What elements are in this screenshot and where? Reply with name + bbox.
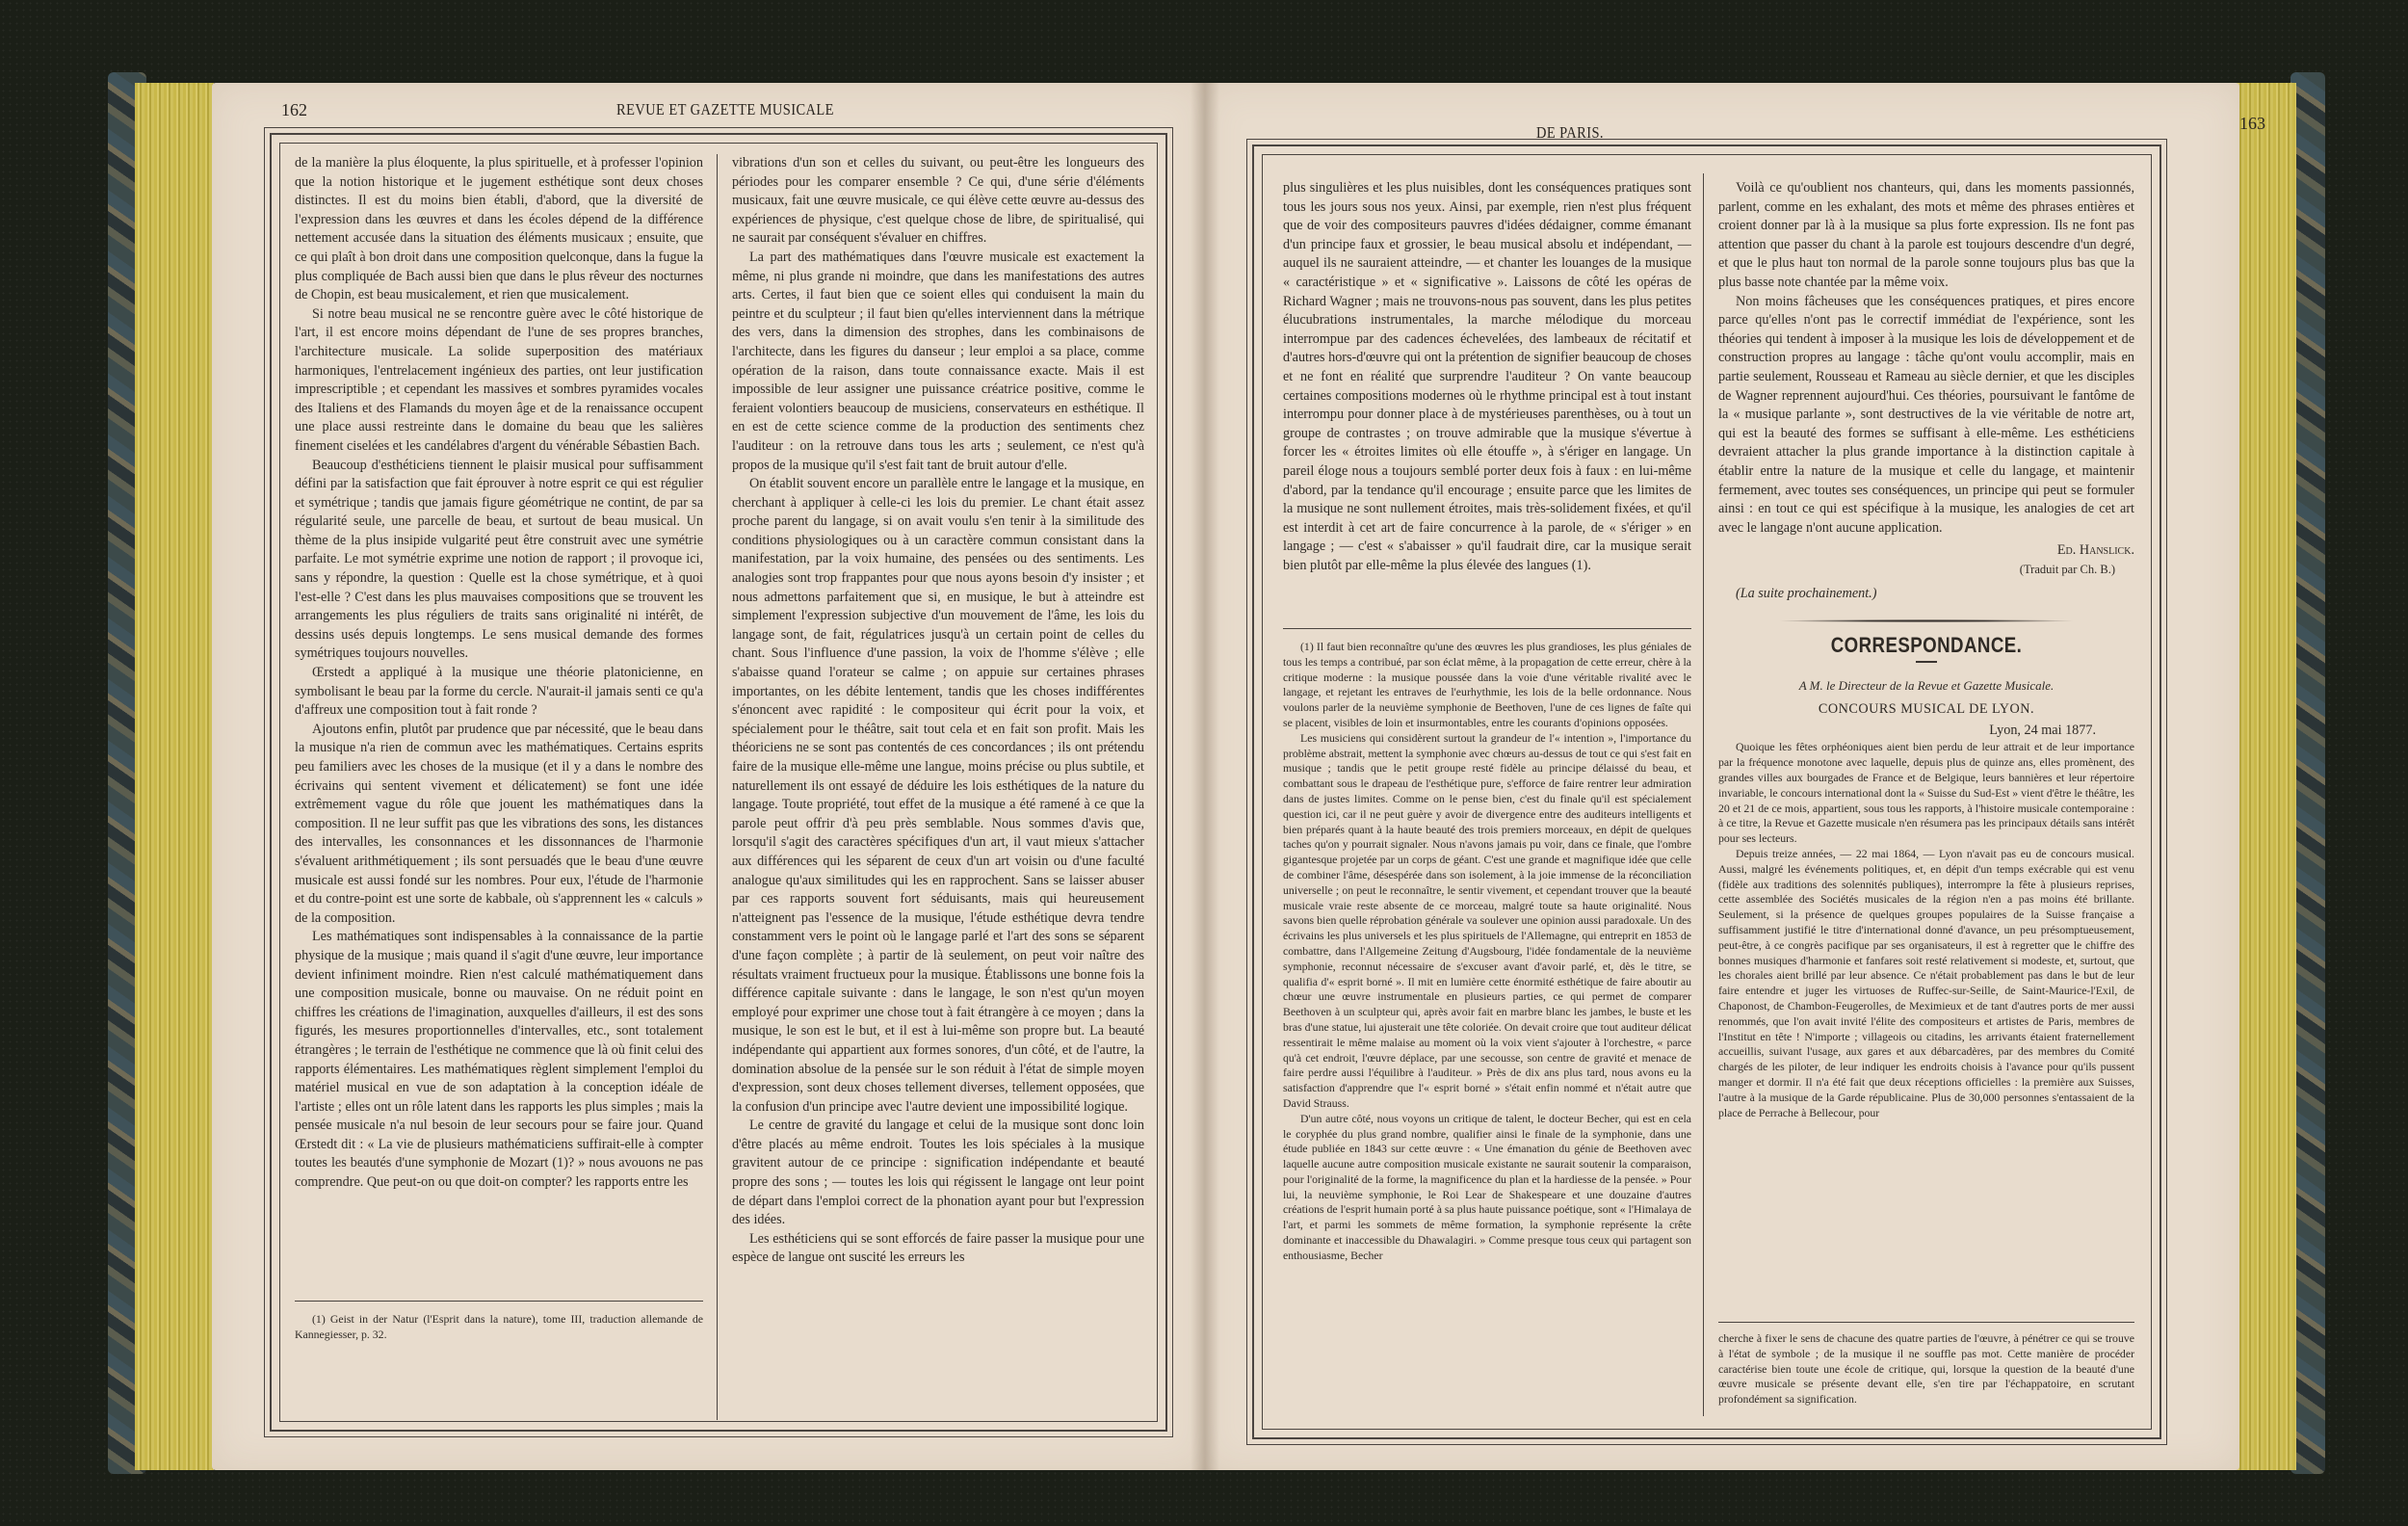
right-column-divider — [1703, 173, 1704, 1416]
paragraph: On établit souvent encore un parallèle e… — [732, 475, 1144, 1117]
footnote-rule-right-col2 — [1718, 1322, 2134, 1323]
paragraph: Quoique les fêtes orphéoniques aient bie… — [1718, 740, 2134, 847]
book-gutter — [1191, 83, 1219, 1470]
right-page-column-1: plus singulières et les plus nuisibles, … — [1283, 179, 1691, 603]
left-page-footnote: (1) Geist in der Natur (l'Esprit dans la… — [295, 1312, 703, 1351]
page-number-left: 162 — [281, 100, 307, 120]
section-heading: CORRESPONDANCE. — [1749, 636, 2103, 655]
paragraph: Les mathématiques sont indispensables à … — [295, 928, 703, 1192]
letter-dateline: Lyon, 24 mai 1877. — [1718, 722, 2134, 741]
paragraph: Depuis treize années, — 22 mai 1864, — L… — [1718, 847, 2134, 1120]
right-page-column-2: Voilà ce qu'oublient nos chanteurs, qui,… — [1718, 179, 2134, 1316]
page-edges-left — [135, 83, 214, 1470]
paragraph: Œrstedt a appliqué à la musique une théo… — [295, 664, 703, 721]
left-column-divider — [717, 154, 718, 1420]
paragraph: Les esthéticiens qui se sont efforcés de… — [732, 1230, 1144, 1268]
running-head-right: DE PARIS. — [1536, 123, 1604, 143]
translator-credit: (Traduit par Ch. B.) — [1718, 561, 2134, 580]
paragraph: Le centre de gravité du langage et celui… — [732, 1117, 1144, 1230]
page-edges-right — [2235, 83, 2296, 1470]
paragraph: Non moins fâcheuses que les conséquences… — [1718, 293, 2134, 539]
right-page-column-2-footnote: cherche à fixer le sens de chacune des q… — [1718, 1331, 2134, 1424]
left-page-column-2: vibrations d'un son et celles du suivant… — [732, 154, 1144, 1349]
page-number-right: 163 — [2239, 114, 2265, 134]
footnote: (1) Geist in der Natur (l'Esprit dans la… — [295, 1312, 703, 1343]
right-page-column-1-footnote: (1) Il faut bien reconnaître qu'une des … — [1283, 640, 1691, 1410]
letter-title: CONCOURS MUSICAL DE LYON. — [1718, 700, 2134, 720]
heading-dash — [1916, 661, 1937, 663]
paragraph: de la manière la plus éloquente, la plus… — [295, 154, 703, 305]
to-be-continued-note: (La suite prochainement.) — [1718, 585, 2134, 604]
footnote: D'un autre côté, nous voyons un critique… — [1283, 1112, 1691, 1264]
paragraph: Beaucoup d'esthéticiens tiennent le plai… — [295, 457, 703, 665]
footnote: Les musiciens qui considèrent surtout la… — [1283, 731, 1691, 1112]
author-signature: Ed. Hanslick. — [1718, 541, 2134, 561]
paragraph: Si notre beau musical ne se rencontre gu… — [295, 305, 703, 457]
paragraph: Voilà ce qu'oublient nos chanteurs, qui,… — [1718, 179, 2134, 293]
letter-address: A M. le Directeur de la Revue et Gazette… — [1718, 676, 2134, 696]
paragraph: plus singulières et les plus nuisibles, … — [1283, 179, 1691, 575]
footnote: cherche à fixer le sens de chacune des q… — [1718, 1331, 2134, 1408]
running-head-left: REVUE ET GAZETTE MUSICALE — [616, 100, 834, 119]
paragraph: Ajoutons enfin, plutôt par prudence que … — [295, 721, 703, 929]
footnote: (1) Il faut bien reconnaître qu'une des … — [1283, 640, 1691, 731]
left-page-column-1: de la manière la plus éloquente, la plus… — [295, 154, 703, 1272]
footnote-rule-left — [295, 1301, 703, 1302]
footnote-rule-right — [1283, 628, 1691, 629]
paragraph: vibrations d'un son et celles du suivant… — [732, 154, 1144, 249]
section-ornament — [1776, 619, 2077, 622]
paragraph: La part des mathématiques dans l'œuvre m… — [732, 249, 1144, 475]
